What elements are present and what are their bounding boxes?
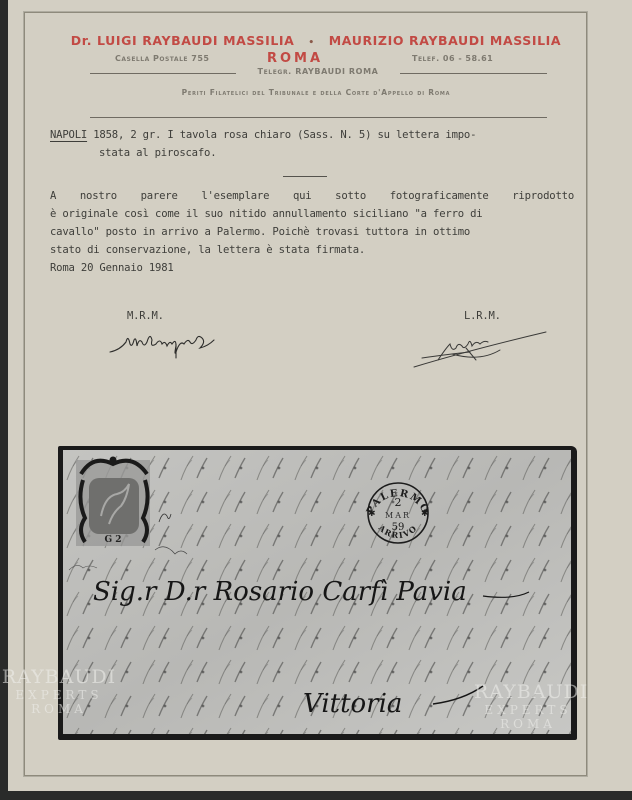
svg-text:✱: ✱	[368, 509, 376, 519]
svg-text:2: 2	[395, 496, 402, 509]
letterhead-city: ROMA	[245, 51, 345, 66]
phone-number: Telef. 06 - 58.61	[412, 54, 493, 63]
rule-right	[400, 73, 547, 74]
letterhead-name-right: MAURIZIO RAYBAUDI MASSILIA	[329, 33, 561, 48]
certificate-subject: NAPOLI 1858, 2 gr. I tavola rosa chiaro …	[50, 126, 570, 162]
certificate-body: A nostro parere l'esemplare qui sotto fo…	[50, 187, 574, 277]
rule-left	[90, 73, 236, 74]
letterhead-names: Dr. LUIGI RAYBAUDI MASSILIA•MAURIZIO RAY…	[0, 33, 632, 48]
section-divider	[283, 176, 327, 177]
letterhead-contact-row: Casella Postale 755 ROMA Telef. 06 - 58.…	[0, 52, 632, 68]
address-city: Vittoria	[303, 689, 402, 719]
body-line: cavallo" posto in arrivo a Palermo. Poic…	[50, 223, 574, 241]
svg-text:MAR: MAR	[385, 511, 411, 520]
date-line: Roma 20 Gennaio 1981	[50, 259, 574, 277]
body-line: A nostro parere l'esemplare qui sotto fo…	[50, 187, 574, 205]
subject-line-1: 1858, 2 gr. I tavola rosa chiaro (Sass. …	[87, 129, 476, 141]
address-recipient: Sig.r D.r Rosario Carfì Pavia	[93, 577, 467, 607]
watermark-left: RAYBAUDI EXPERTS ROMA	[0, 668, 118, 715]
po-box: Casella Postale 755	[115, 54, 209, 63]
postage-stamp: G 2	[76, 457, 150, 547]
letterhead-name-left: Dr. LUIGI RAYBAUDI MASSILIA	[71, 33, 295, 48]
body-line: stato di conservazione, la lettera è sta…	[50, 241, 574, 259]
body-line: è originale così come il suo nitido annu…	[50, 205, 574, 223]
svg-text:59: 59	[392, 522, 405, 533]
letterhead-subtitle: Periti Filatelici del Tribunale e della …	[0, 88, 632, 97]
svg-text:G 2: G 2	[104, 535, 121, 545]
handwritten-signatures	[0, 304, 632, 384]
watermark-right: RAYBAUDI EXPERTS ROMA	[474, 683, 582, 730]
telegraph-row: Telegr. RAYBAUDI ROMA	[0, 67, 632, 81]
signatures: M.R.M. L.R.M.	[0, 304, 632, 384]
letterhead-rule	[90, 117, 547, 118]
subject-heading: NAPOLI	[50, 129, 87, 141]
subject-line-2: stata al piroscafo.	[50, 144, 570, 162]
scan-edge	[0, 791, 632, 800]
telegraph-address: Telegr. RAYBAUDI ROMA	[236, 67, 400, 76]
svg-text:✱: ✱	[421, 509, 429, 519]
bullet-separator: •	[308, 38, 314, 48]
